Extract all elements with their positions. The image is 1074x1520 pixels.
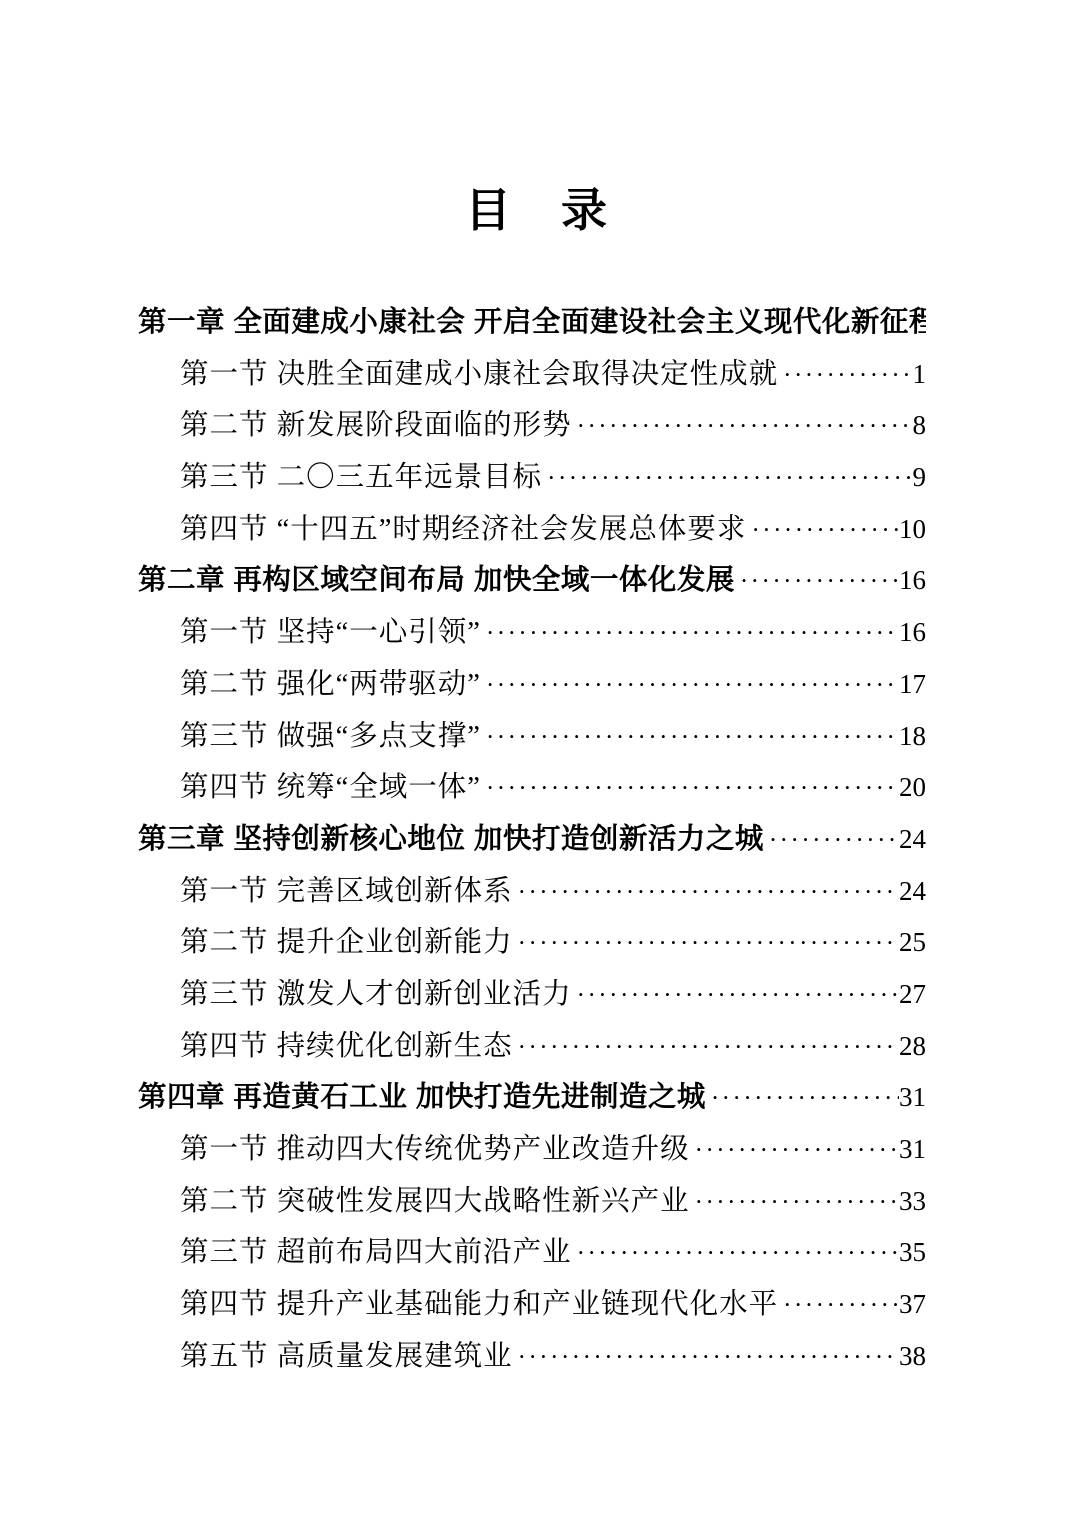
toc-leader-dots: ········································… <box>513 1022 899 1073</box>
toc-entry-label: 第二节 提升企业创新能力 <box>138 917 513 969</box>
toc-entry-page-number: 31 <box>899 1124 926 1176</box>
toc-leader-dots: ········································… <box>572 970 899 1021</box>
toc-entry-label: 第四章 再造黄石工业 加快打造先进制造之城 <box>138 1072 706 1124</box>
toc-leader-dots: ········································… <box>690 1125 899 1176</box>
toc-leader-dots: ········································… <box>735 556 899 607</box>
toc-entry-page-number: 31 <box>899 1072 926 1124</box>
toc-entry: 第三节 二〇三五年远景目标 ··························… <box>138 452 926 504</box>
toc-entry: 第三章 坚持创新核心地位 加快打造创新活力之城 ················… <box>138 814 926 866</box>
toc-entry-label: 第三节 做强“多点支撑” <box>138 711 481 763</box>
toc-leader-dots: ········································… <box>481 608 899 659</box>
toc-entry: 第二节 突破性发展四大战略性新兴产业 ·····················… <box>138 1176 926 1228</box>
toc-leader-dots: ········································… <box>481 712 899 763</box>
toc-entry: 第四节 持续优化创新生态 ···························… <box>138 1021 926 1073</box>
toc-leader-dots: ········································… <box>764 815 899 866</box>
document-page: 目 录 第一章 全面建成小康社会 开启全面建设社会主义现代化新征程 ······… <box>0 0 1074 1520</box>
toc-entry-page-number: 25 <box>899 917 926 969</box>
toc-entry-label: 第一节 决胜全面建成小康社会取得决定性成就 <box>138 349 778 401</box>
toc-entry-label: 第二章 再构区域空间布局 加快全域一体化发展 <box>138 555 735 607</box>
toc-entry-page-number: 1 <box>913 349 927 401</box>
toc-entry: 第二节 强化“两带驱动” ···························… <box>138 659 926 711</box>
toc-leader-dots: ········································… <box>513 867 899 918</box>
toc-leader-dots: ········································… <box>690 1177 899 1228</box>
toc-leader-dots: ········································… <box>778 1280 899 1331</box>
toc-entry-label: 第一节 完善区域创新体系 <box>138 866 513 918</box>
toc-entry-label: 第一章 全面建成小康社会 开启全面建设社会主义现代化新征程 <box>138 297 926 349</box>
toc-entry-label: 第二节 新发展阶段面临的形势 <box>138 400 572 452</box>
toc-entry-page-number: 33 <box>899 1176 926 1228</box>
toc-entry-label: 第三节 激发人才创新创业活力 <box>138 969 572 1021</box>
toc-entry-page-number: 28 <box>899 1021 926 1073</box>
toc-entry-label: 第一节 推动四大传统优势产业改造升级 <box>138 1124 690 1176</box>
toc-list: 第一章 全面建成小康社会 开启全面建设社会主义现代化新征程 ··········… <box>138 297 926 1382</box>
toc-entry: 第三节 做强“多点支撑” ···························… <box>138 711 926 763</box>
toc-entry-label: 第二节 突破性发展四大战略性新兴产业 <box>138 1176 690 1228</box>
toc-entry-label: 第二节 强化“两带驱动” <box>138 659 481 711</box>
toc-entry-label: 第四节 持续优化创新生态 <box>138 1021 513 1073</box>
toc-leader-dots: ········································… <box>778 350 912 401</box>
toc-entry-page-number: 20 <box>899 762 926 814</box>
toc-entry: 第一节 推动四大传统优势产业改造升级 ·····················… <box>138 1124 926 1176</box>
toc-entry: 第一节 坚持“一心引领” ···························… <box>138 607 926 659</box>
toc-entry-page-number: 24 <box>899 814 926 866</box>
toc-entry-page-number: 35 <box>899 1227 926 1279</box>
toc-leader-dots: ········································… <box>481 660 899 711</box>
toc-entry: 第二节 提升企业创新能力 ···························… <box>138 917 926 969</box>
toc-entry-label: 第三章 坚持创新核心地位 加快打造创新活力之城 <box>138 814 764 866</box>
toc-leader-dots: ········································… <box>572 401 913 452</box>
toc-entry: 第五节 高质量发展建筑业 ···························… <box>138 1331 926 1383</box>
toc-leader-dots: ········································… <box>746 505 899 556</box>
toc-entry-page-number: 9 <box>913 452 927 504</box>
toc-entry: 第四节 “十四五”时期经济社会发展总体要求 ··················… <box>138 504 926 556</box>
toc-entry-page-number: 8 <box>913 400 927 452</box>
toc-entry: 第四节 提升产业基础能力和产业链现代化水平 ··················… <box>138 1279 926 1331</box>
toc-leader-dots: ········································… <box>542 453 912 504</box>
toc-entry: 第一节 完善区域创新体系 ···························… <box>138 866 926 918</box>
toc-leader-dots: ········································… <box>572 1228 899 1279</box>
toc-entry-page-number: 16 <box>899 607 926 659</box>
toc-entry-page-number: 37 <box>899 1279 926 1331</box>
toc-entry: 第二章 再构区域空间布局 加快全域一体化发展 ·················… <box>138 555 926 607</box>
toc-entry-label: 第四节 统筹“全域一体” <box>138 762 481 814</box>
toc-entry-page-number: 18 <box>899 711 926 763</box>
toc-entry: 第四章 再造黄石工业 加快打造先进制造之城 ··················… <box>138 1072 926 1124</box>
toc-leader-dots: ········································… <box>513 1332 899 1383</box>
toc-entry: 第三节 激发人才创新创业活力 ·························… <box>138 969 926 1021</box>
toc-entry-page-number: 16 <box>899 555 926 607</box>
toc-entry-page-number: 10 <box>899 504 926 556</box>
toc-leader-dots: ········································… <box>481 763 899 814</box>
toc-entry: 第二节 新发展阶段面临的形势 ·························… <box>138 400 926 452</box>
toc-entry-label: 第五节 高质量发展建筑业 <box>138 1331 513 1383</box>
page-title: 目 录 <box>0 183 1074 237</box>
toc-entry: 第四节 统筹“全域一体” ···························… <box>138 762 926 814</box>
toc-entry-page-number: 27 <box>899 969 926 1021</box>
toc-entry: 第一章 全面建成小康社会 开启全面建设社会主义现代化新征程 ··········… <box>138 297 926 349</box>
toc-entry-label: 第四节 提升产业基础能力和产业链现代化水平 <box>138 1279 778 1331</box>
toc-entry-page-number: 17 <box>899 659 926 711</box>
toc-leader-dots: ········································… <box>513 918 899 969</box>
toc-entry-label: 第三节 超前布局四大前沿产业 <box>138 1227 572 1279</box>
toc-entry-page-number: 38 <box>899 1331 926 1383</box>
toc-entry-label: 第一节 坚持“一心引领” <box>138 607 481 659</box>
toc-entry: 第一节 决胜全面建成小康社会取得决定性成就 ··················… <box>138 349 926 401</box>
toc-entry: 第三节 超前布局四大前沿产业 ·························… <box>138 1227 926 1279</box>
toc-entry-label: 第三节 二〇三五年远景目标 <box>138 452 542 504</box>
toc-entry-page-number: 24 <box>899 866 926 918</box>
toc-entry-label: 第四节 “十四五”时期经济社会发展总体要求 <box>138 504 746 556</box>
toc-leader-dots: ········································… <box>706 1073 899 1124</box>
